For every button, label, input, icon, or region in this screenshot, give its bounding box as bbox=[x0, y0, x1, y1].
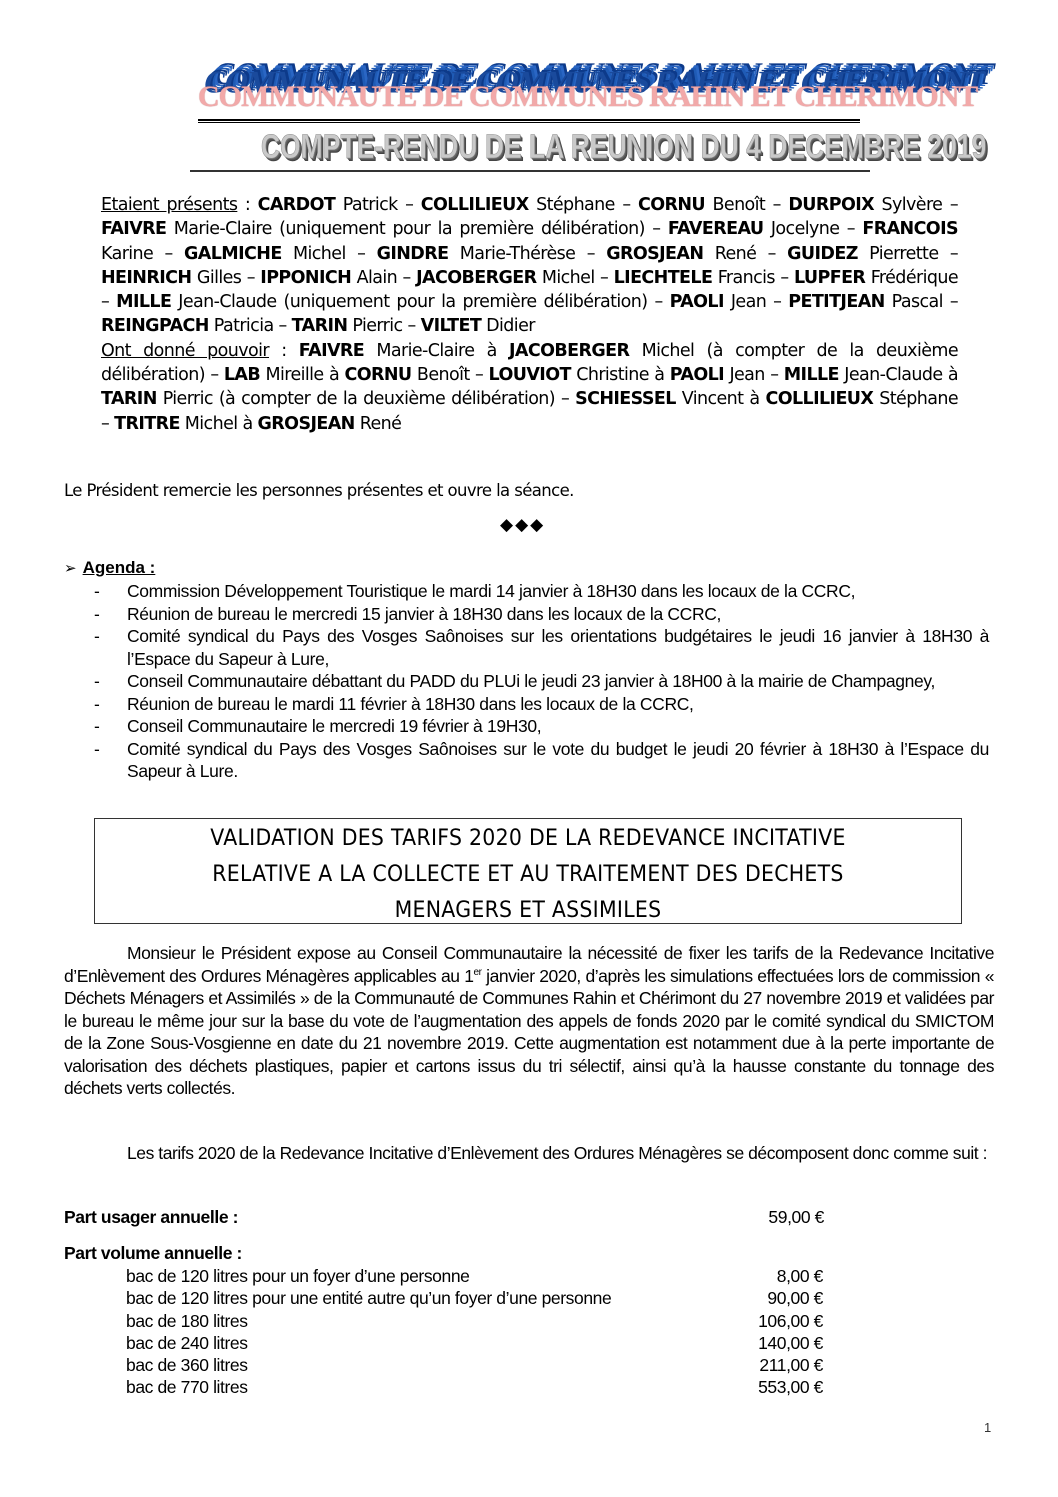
present-list: CARDOT Patrick – COLLILIEUX Stéphane – C… bbox=[101, 195, 958, 336]
present-label: Etaient présents bbox=[101, 195, 237, 215]
tariff-value: 140,00 € bbox=[758, 1332, 823, 1355]
tariff-value: 553,00 € bbox=[758, 1376, 823, 1399]
tariff-usager-row: Part usager annuelle : 59,00 € bbox=[64, 1206, 824, 1229]
attendee: GROSJEAN René bbox=[606, 244, 756, 264]
attendee-last-name: VILTET bbox=[421, 316, 482, 336]
attendee: PETITJEAN Pascal bbox=[788, 292, 943, 312]
attendee-last-name: PAOLI bbox=[670, 292, 724, 312]
attendee: MILLE Jean-Claude (uniquement pour la pr… bbox=[116, 292, 647, 312]
attendee: CORNU Benoît bbox=[638, 195, 765, 215]
tariff-usager-label: Part usager annuelle : bbox=[64, 1207, 238, 1227]
attendee: PAOLI Jean bbox=[670, 292, 767, 312]
attendee-last-name: DURPOIX bbox=[788, 195, 874, 215]
tariff-value: 8,00 € bbox=[777, 1265, 823, 1288]
attendee: GUIDEZ Pierrette bbox=[787, 244, 938, 264]
attendee-last-name: LIECHTELE bbox=[614, 268, 713, 288]
organization-name: COMMUNAUTE DE COMMUNES RAHIN ET CHERIMON… bbox=[198, 80, 858, 114]
attendee-last-name: GINDRE bbox=[377, 244, 449, 264]
attendee-last-name: FAIVRE bbox=[101, 219, 166, 239]
agenda-item: -Commission Développement Touristique le… bbox=[94, 580, 989, 603]
banner-divider bbox=[198, 119, 860, 123]
agenda-item: -Comité syndical du Pays des Vosges Saôn… bbox=[94, 738, 989, 783]
attendee-last-name: CARDOT bbox=[258, 195, 336, 215]
tariff-volume-row: bac de 180 litres106,00 € bbox=[126, 1310, 823, 1332]
attendee-last-name: CORNU bbox=[638, 195, 705, 215]
opening-statement: Le Président remercie les personnes prés… bbox=[64, 481, 964, 500]
proxy-entry: LAB Mireille à CORNU Benoît bbox=[224, 365, 470, 385]
tariff-usager-value: 59,00 € bbox=[768, 1206, 824, 1229]
ordinal-superscript: er bbox=[474, 967, 482, 978]
attendee: DURPOIX Sylvère bbox=[788, 195, 942, 215]
proxy-entry: TRITRE Michel à GROSJEAN René bbox=[114, 414, 401, 434]
attendee-last-name: PETITJEAN bbox=[788, 292, 884, 312]
attendee: COLLILIEUX Stéphane bbox=[421, 195, 615, 215]
tariff-label: bac de 120 litres pour un foyer d’une pe… bbox=[126, 1266, 470, 1286]
attendee-last-name: IPPONICH bbox=[260, 268, 351, 288]
attendee-last-name: MILLE bbox=[116, 292, 171, 312]
tariff-label: bac de 240 litres bbox=[126, 1333, 248, 1353]
attendee-last-name: REINGPACH bbox=[101, 316, 209, 336]
tariff-volume-row: bac de 360 litres211,00 € bbox=[126, 1354, 823, 1376]
tariff-label: bac de 770 litres bbox=[126, 1377, 248, 1397]
section-title-box: VALIDATION DES TARIFS 2020 DE LA REDEVAN… bbox=[94, 818, 962, 924]
tariff-volume-row: bac de 120 litres pour une entité autre … bbox=[126, 1287, 823, 1309]
attendee-last-name: GUIDEZ bbox=[787, 244, 858, 264]
attendee: REINGPACH Patricia bbox=[101, 316, 274, 336]
tariff-label: bac de 180 litres bbox=[126, 1311, 248, 1331]
dash-bullet-icon: - bbox=[94, 603, 99, 626]
organization-banner: COMMUNAUTE DE COMMUNES RAHIN ET CHERIMON… bbox=[198, 66, 858, 116]
label-colon: : bbox=[269, 341, 299, 361]
paragraph-exposition: Monsieur le Président expose au Conseil … bbox=[64, 942, 994, 1100]
agenda-item: -Réunion de bureau le mardi 11 février à… bbox=[94, 693, 989, 716]
attendee-last-name: GALMICHE bbox=[184, 244, 282, 264]
attendee: FAVEREAU Jocelyne bbox=[668, 219, 840, 239]
page-number: 1 bbox=[984, 1420, 991, 1435]
attendee: HEINRICH Gilles bbox=[101, 268, 241, 288]
dash-bullet-icon: - bbox=[94, 670, 99, 693]
label-colon: : bbox=[237, 195, 257, 215]
paragraph-tariffs-intro: Les tarifs 2020 de la Redevance Incitati… bbox=[64, 1142, 994, 1165]
tariff-volume-row: bac de 240 litres140,00 € bbox=[126, 1332, 823, 1354]
attendee: CARDOT Patrick bbox=[258, 195, 398, 215]
document-title: COMPTE-RENDU DE LA REUNION DU 4 DECEMBRE… bbox=[261, 128, 799, 167]
attendee-last-name: TARIN bbox=[292, 316, 348, 336]
attendee: JACOBERGER Michel bbox=[416, 268, 594, 288]
attendee: FAIVRE Marie-Claire (uniquement pour la … bbox=[101, 219, 645, 239]
title-divider bbox=[190, 170, 870, 172]
attendee: IPPONICH Alain bbox=[260, 268, 397, 288]
agenda-list: -Commission Développement Touristique le… bbox=[94, 580, 994, 783]
tariff-label: bac de 120 litres pour une entité autre … bbox=[126, 1288, 611, 1308]
agenda-item: -Conseil Communautaire le mercredi 19 fé… bbox=[94, 715, 989, 738]
dash-bullet-icon: - bbox=[94, 693, 99, 716]
tariff-volume-row: bac de 120 litres pour un foyer d’une pe… bbox=[126, 1265, 823, 1287]
section-title-line: RELATIVE A LA COLLECTE ET AU TRAITEMENT … bbox=[125, 857, 930, 893]
tariff-value: 211,00 € bbox=[759, 1354, 823, 1377]
tariff-label: bac de 360 litres bbox=[126, 1355, 248, 1375]
proxy-entry: LOUVIOT Christine à PAOLI Jean bbox=[489, 365, 765, 385]
dash-bullet-icon: - bbox=[94, 625, 99, 648]
attendee-last-name: COLLILIEUX bbox=[421, 195, 529, 215]
attendee: LIECHTELE Francis bbox=[614, 268, 775, 288]
dash-bullet-icon: - bbox=[94, 580, 99, 603]
tariff-value: 90,00 € bbox=[767, 1287, 823, 1310]
attendee: VILTET Didier bbox=[421, 316, 535, 336]
tariff-volume-list: bac de 120 litres pour un foyer d’une pe… bbox=[126, 1265, 823, 1399]
proxy-label: Ont donné pouvoir bbox=[101, 341, 269, 361]
agenda-item: -Conseil Communautaire débattant du PADD… bbox=[94, 670, 989, 693]
dash-bullet-icon: - bbox=[94, 715, 99, 738]
attendee-last-name: JACOBERGER bbox=[416, 268, 536, 288]
attendee: GINDRE Marie-Thérèse bbox=[377, 244, 576, 264]
tariff-volume-heading: Part volume annuelle : bbox=[64, 1242, 242, 1265]
attendee: TARIN Pierric bbox=[292, 316, 403, 336]
agenda-title: Agenda : bbox=[83, 558, 156, 577]
attendee-last-name: LUPFER bbox=[794, 268, 865, 288]
attendee-last-name: FAVEREAU bbox=[668, 219, 764, 239]
arrow-bullet-icon: ➢ bbox=[64, 560, 77, 577]
section-title-line: MENAGERS ET ASSIMILES bbox=[125, 893, 930, 929]
section-title-line: VALIDATION DES TARIFS 2020 DE LA REDEVAN… bbox=[125, 821, 930, 857]
proxy-entry: SCHIESSEL Vincent à COLLILIEUX Stéphane bbox=[575, 389, 958, 409]
paragraph-text: Les tarifs 2020 de la Redevance Incitati… bbox=[127, 1143, 987, 1163]
section-divider-diamonds: ◆◆◆ bbox=[500, 515, 545, 535]
tariff-volume-row: bac de 770 litres553,00 € bbox=[126, 1376, 823, 1398]
dash-bullet-icon: - bbox=[94, 738, 99, 761]
attendee-last-name: GROSJEAN bbox=[606, 244, 703, 264]
agenda-item: -Réunion de bureau le mercredi 15 janvie… bbox=[94, 603, 989, 626]
agenda-item: -Comité syndical du Pays des Vosges Saôn… bbox=[94, 625, 989, 670]
tariff-value: 106,00 € bbox=[758, 1310, 823, 1333]
agenda-heading: ➢Agenda : bbox=[64, 558, 155, 578]
attendee-last-name: HEINRICH bbox=[101, 268, 191, 288]
attendance-block: Etaient présents : CARDOT Patrick – COLL… bbox=[101, 193, 958, 436]
attendee-last-name: FRANCOIS bbox=[862, 219, 958, 239]
attendee: GALMICHE Michel bbox=[184, 244, 346, 264]
attendee: LUPFER Frédérique bbox=[794, 268, 958, 288]
